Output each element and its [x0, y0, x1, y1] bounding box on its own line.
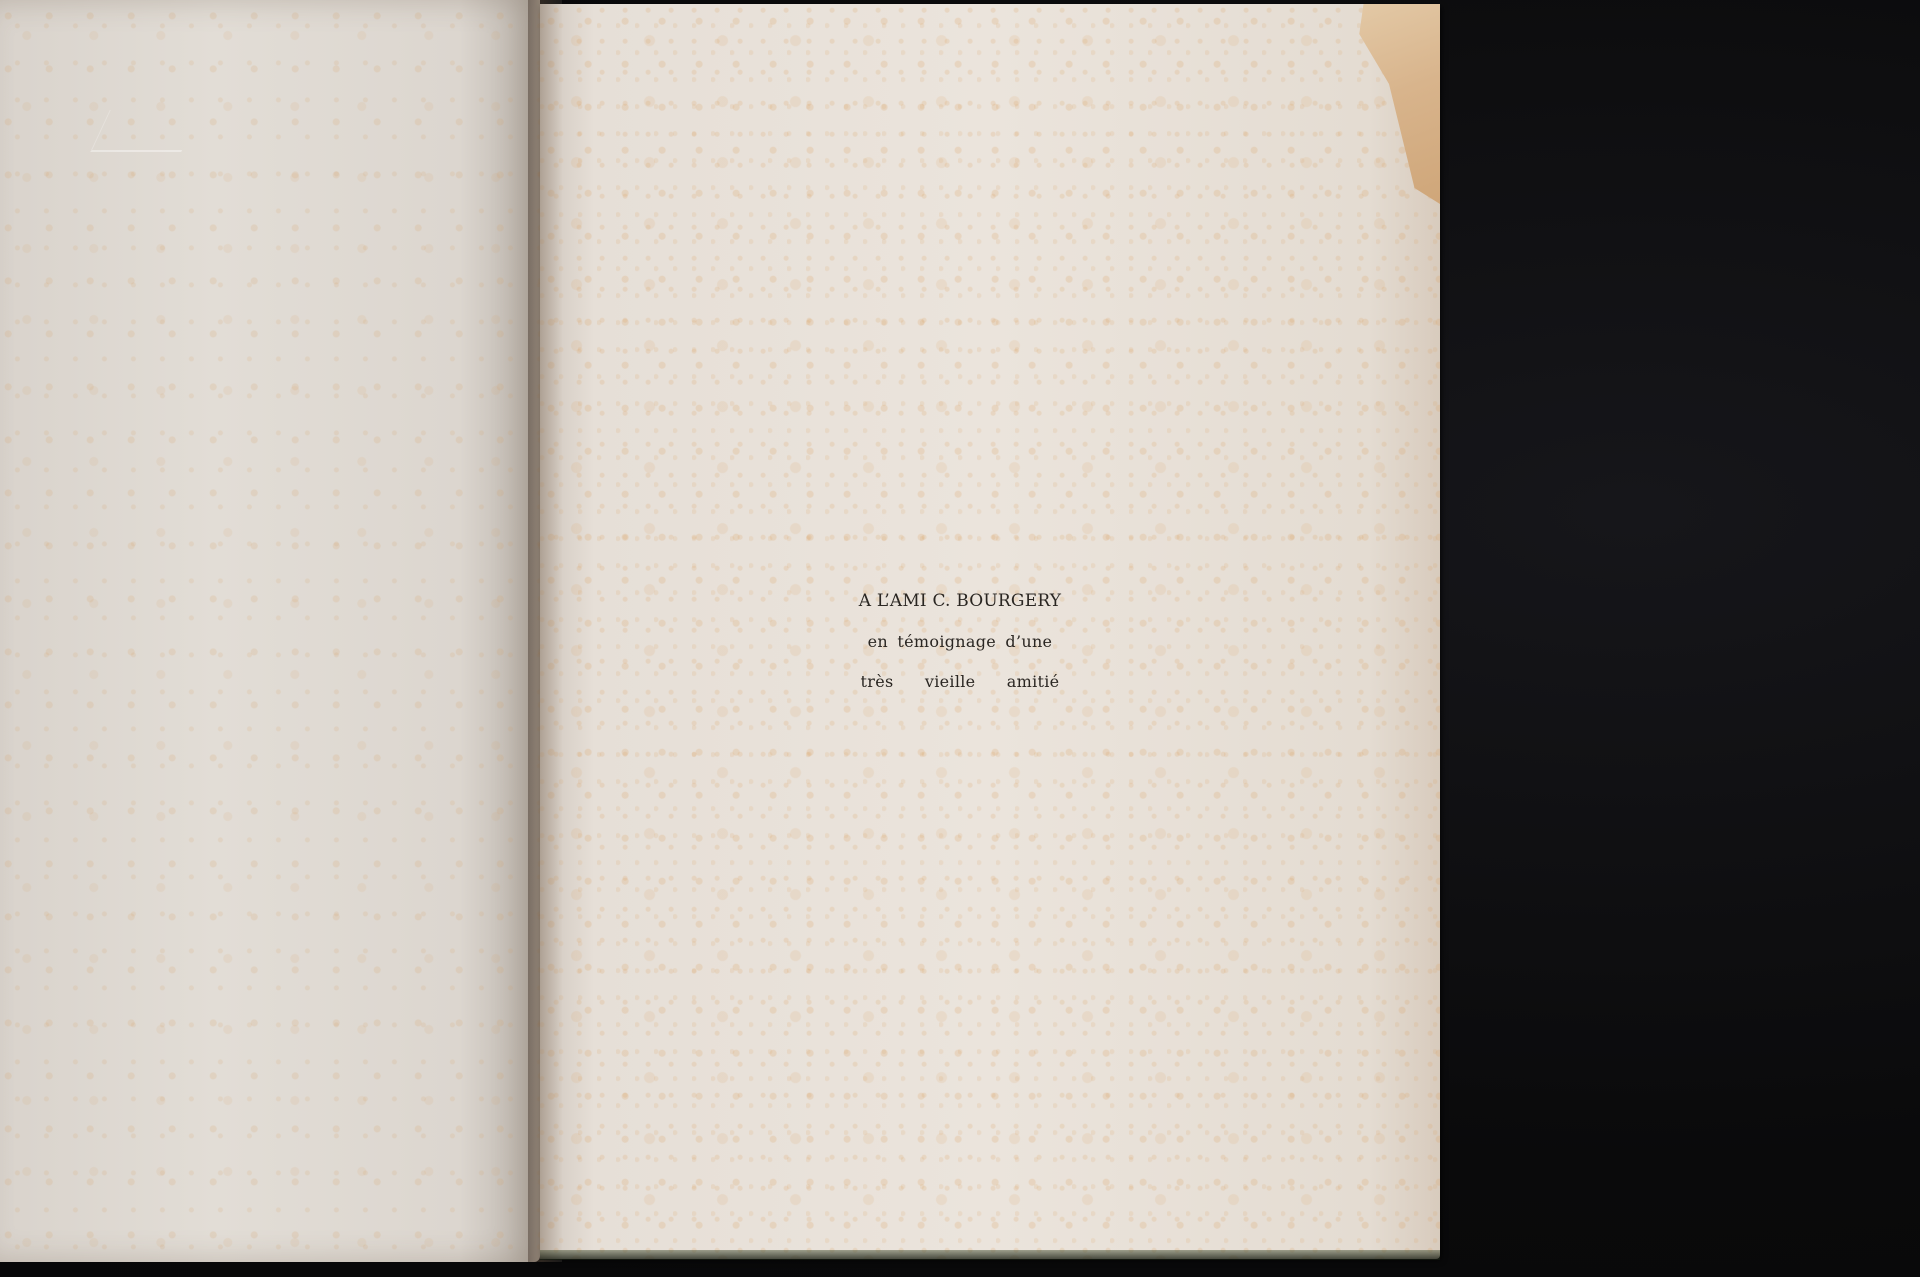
photo-scene: A L’AMI C. BOURGERY en témoignage d’une …: [0, 0, 1920, 1277]
dedication-line-3: très vieille amitié: [840, 672, 1080, 691]
page-bottom-edge: [540, 1250, 1440, 1260]
paper-crease: [90, 110, 201, 152]
torn-page-corner: [1355, 4, 1440, 204]
book-gutter: [528, 0, 562, 1262]
left-page: [0, 0, 540, 1262]
dedication-line-1: A L’AMI C. BOURGERY: [820, 591, 1100, 611]
dedication-line-2: en témoignage d’une: [840, 632, 1080, 651]
